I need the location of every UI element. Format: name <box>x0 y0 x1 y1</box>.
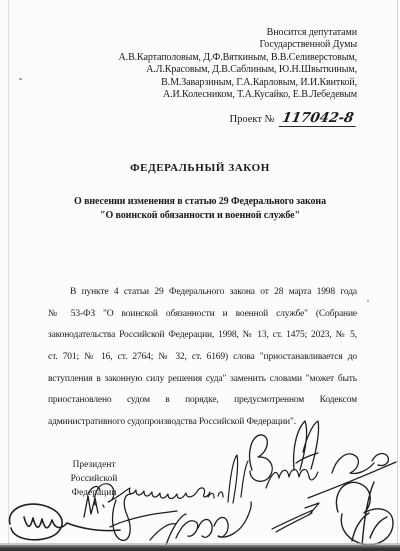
president-title-line: Президент <box>47 458 141 472</box>
body-paragraph: В пункте 4 статьи 29 Федерального закона… <box>48 282 357 434</box>
body-line: административного судопроизводства Росси… <box>48 412 357 434</box>
project-number-label: Проект № <box>230 114 275 125</box>
submitted-by-line: А.В.Картаполовым, Д.Ф.Вяткиным, В.В.Сели… <box>60 52 357 64</box>
scanned-law-document: Вносится депутатами Государственной Думы… <box>0 0 400 551</box>
project-number-line: Проект №117042-8 <box>230 111 357 127</box>
signature-scrawl <box>250 435 273 481</box>
body-line: законодательства Российской Федерации, 1… <box>48 325 357 347</box>
body-line: В пункте 4 статьи 29 Федерального закона… <box>48 282 357 304</box>
scan-edge-left <box>8 0 9 551</box>
signature-scrawl <box>84 494 177 540</box>
scan-speck <box>19 78 22 80</box>
signature-scrawl <box>308 454 396 498</box>
signature-scrawl <box>208 455 248 503</box>
body-line: приостановлено судом в порядке, предусмо… <box>48 390 357 412</box>
scan-edge-right <box>397 0 398 551</box>
president-title-line: Российской Федерации <box>47 472 141 500</box>
submitted-by-line: Вносится депутатами <box>60 27 357 39</box>
submitted-by-line: А.И.Колесником, Т.А.Кусайко, Е.В.Лебедев… <box>60 89 357 101</box>
law-subtitle-line: "О воинской обязанности и военной службе… <box>30 209 370 223</box>
signature-scrawl <box>272 503 319 532</box>
submitted-by-line: А.Л.Красовым, Д.В.Саблиным, Ю.Н.Швыткины… <box>60 64 357 76</box>
president-signatory-block: Президент Российской Федерации <box>47 458 141 500</box>
project-number-handwritten: 117042-8 <box>278 111 358 127</box>
body-line: № 53-ФЗ "О воинской обязанности и военно… <box>48 304 357 326</box>
signature-scrawl <box>336 482 393 546</box>
signature-scrawl <box>9 504 120 540</box>
law-subtitle: О внесении изменения в статью 29 Федерал… <box>30 195 370 222</box>
submitted-by-line: В.М.Заварзиным, Г.А.Карловым, И.И.Квитко… <box>60 77 357 89</box>
signature-scrawl <box>150 502 251 545</box>
scan-speck <box>367 300 369 302</box>
law-subtitle-line: О внесении изменения в статью 29 Федерал… <box>30 195 370 209</box>
submitted-by-line: Государственной Думы <box>60 39 357 51</box>
body-line: ст. 701; № 16, ст. 2764; № 32, ст. 6169)… <box>48 347 357 369</box>
body-line: вступления в законную силу решения суда"… <box>48 369 357 391</box>
scan-bottom-strip <box>0 545 400 551</box>
submitted-by-block: Вносится депутатами Государственной Думы… <box>60 27 357 101</box>
law-title: ФЕДЕРАЛЬНЫЙ ЗАКОН <box>0 162 400 174</box>
signature-scrawl <box>266 469 318 488</box>
